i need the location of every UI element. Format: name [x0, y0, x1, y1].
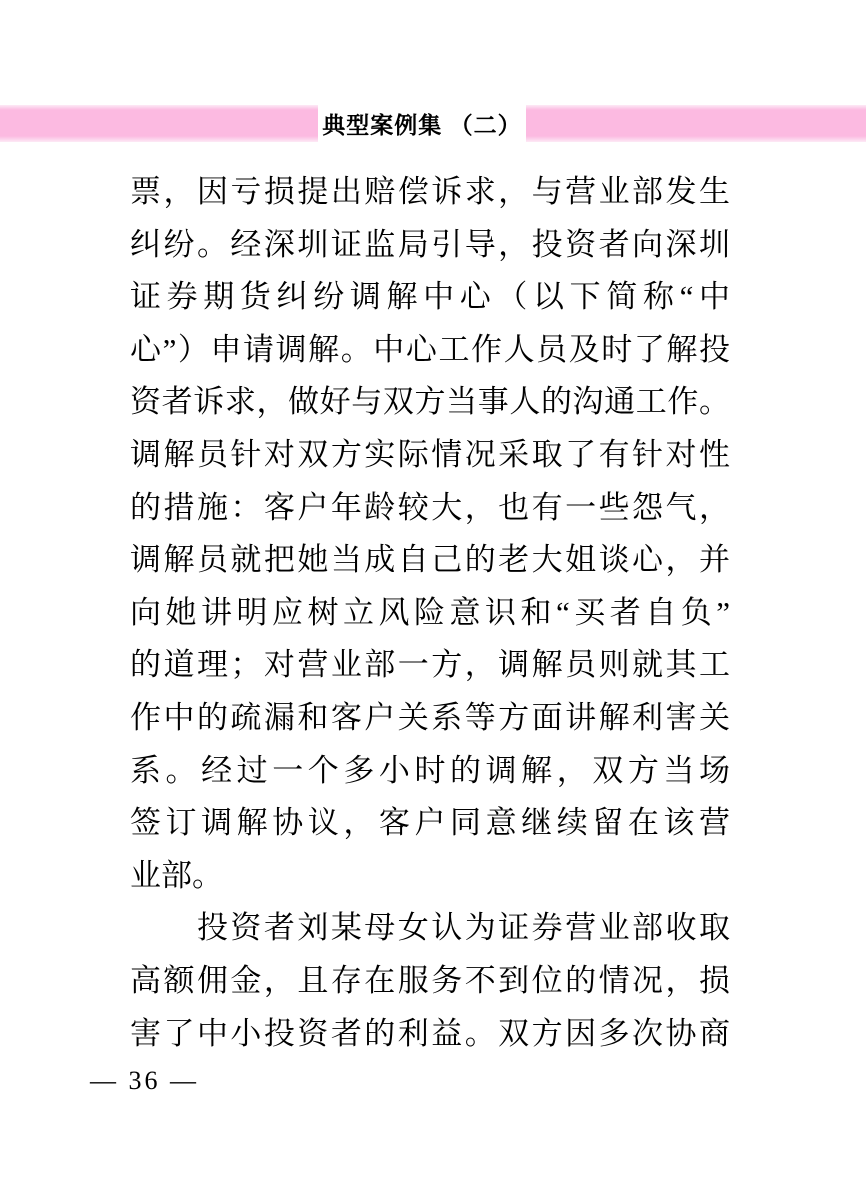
body-line: 高额佣金，且存在服务不到位的情况，损	[130, 955, 730, 1008]
body-line: 证券期货纠纷调解中心（以下简称“中	[130, 271, 730, 324]
body-line: 调解员针对双方实际情况采取了有针对性	[130, 429, 730, 482]
body-line: 资者诉求，做好与双方当事人的沟通工作。	[130, 376, 730, 429]
body-line: 的措施：客户年龄较大，也有一些怨气，	[130, 482, 730, 535]
body-line: 心”）申请调解。中心工作人员及时了解投	[130, 324, 730, 377]
page-header: 典型案例集 （二）	[0, 105, 866, 142]
body-line-paragraph-start: 投资者刘某母女认为证券营业部收取	[130, 902, 730, 955]
body-line: 害了中小投资者的利益。双方因多次协商	[130, 1008, 730, 1061]
body-line-paragraph-end: 业部。	[130, 850, 730, 903]
header-decorative-bar-right	[526, 105, 866, 142]
page-number: — 36 —	[90, 1066, 199, 1096]
header-decorative-bar-left	[0, 105, 318, 142]
body-line: 系。经过一个多小时的调解，双方当场	[130, 745, 730, 798]
body-line: 的道理；对营业部一方，调解员则就其工	[130, 639, 730, 692]
body-text: 票，因亏损提出赔偿诉求，与营业部发生 纠纷。经深圳证监局引导，投资者向深圳 证券…	[130, 166, 730, 1060]
book-page: 典型案例集 （二） 票，因亏损提出赔偿诉求，与营业部发生 纠纷。经深圳证监局引导…	[0, 0, 866, 1189]
body-line: 纠纷。经深圳证监局引导，投资者向深圳	[130, 219, 730, 272]
running-head-title: 典型案例集 （二）	[318, 105, 526, 142]
body-line: 向她讲明应树立风险意识和“买者自负”	[130, 587, 730, 640]
body-line: 调解员就把她当成自己的老大姐谈心，并	[130, 534, 730, 587]
body-line: 签订调解协议，客户同意继续留在该营	[130, 797, 730, 850]
body-line: 作中的疏漏和客户关系等方面讲解利害关	[130, 692, 730, 745]
body-line: 票，因亏损提出赔偿诉求，与营业部发生	[130, 166, 730, 219]
